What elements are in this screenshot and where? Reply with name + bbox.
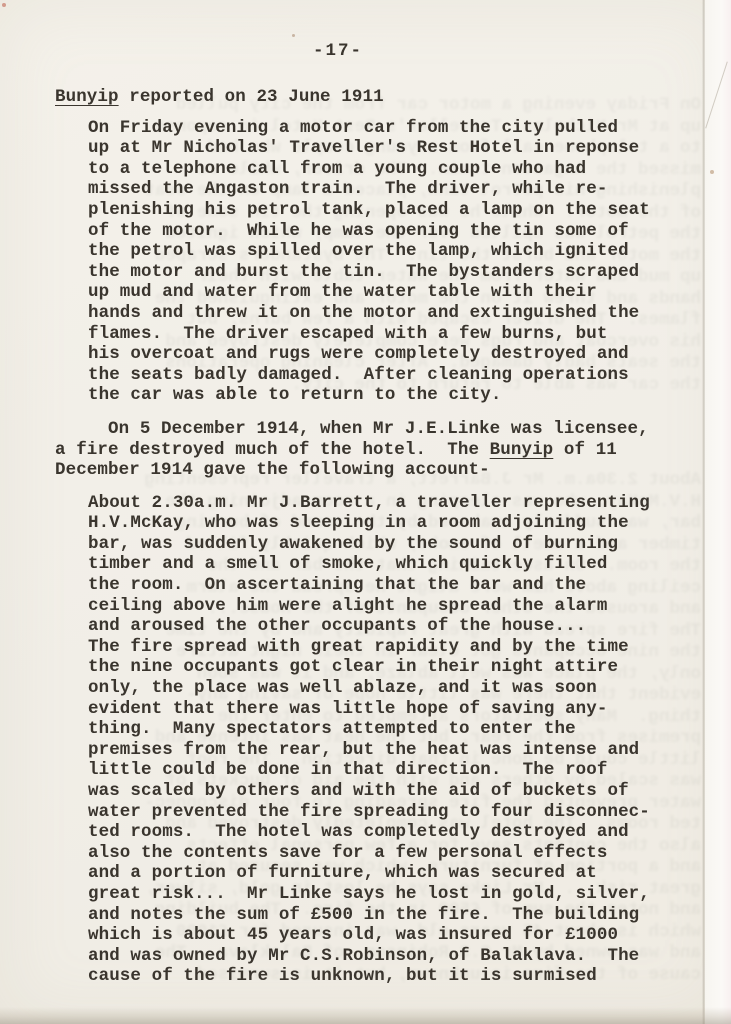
page-content: Bunyip reported on 23 June 1911 On Frida… (55, 87, 685, 987)
heading-rest: reported on 23 June 1911 (119, 87, 384, 107)
quote-1914-account: About 2.30a.m. Mr J.Barrett, a traveller… (88, 493, 685, 987)
paragraph-1914-intro: On 5 December 1914, when Mr J.E.Linke wa… (55, 419, 685, 481)
heading-newspaper-name: Bunyip (55, 87, 119, 107)
quote-1911-account: On Friday evening a motor car from the c… (88, 118, 685, 406)
scanned-document-page: On Friday evening a motor car from the c… (0, 0, 731, 1024)
page-bottom-shadow (0, 1007, 731, 1024)
paper-speck (292, 34, 295, 37)
page-number: -17- (0, 41, 676, 61)
page-edge-strip (705, 0, 731, 1024)
paper-speck (2, 3, 6, 7)
section-heading: Bunyip reported on 23 June 1911 (55, 87, 685, 108)
paragraph-1914-newspaper-name: Bunyip (490, 440, 554, 460)
